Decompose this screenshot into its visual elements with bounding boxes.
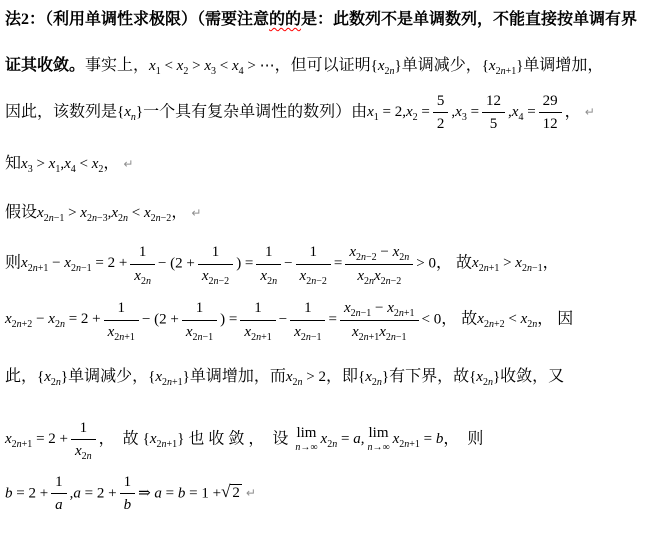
math-run: {xn}: [117, 104, 143, 120]
fraction: x2n−2 − x2nx2nx2n−2: [345, 243, 413, 285]
math-variable: x: [365, 369, 372, 385]
math-operator: →∞: [300, 442, 317, 453]
math-variable: x: [232, 58, 239, 74]
text-run: 单调减少，: [68, 368, 148, 385]
math-operator: −: [32, 311, 48, 327]
fraction: 1x2n−2: [296, 243, 331, 285]
math-operator: > 2: [303, 369, 326, 385]
math-operator: <: [128, 205, 144, 221]
math-variable: x: [349, 244, 356, 260]
math-subscript: 2n: [364, 276, 374, 287]
fraction: x2n−1 − x2n+1x2n+1x2n−1: [340, 299, 419, 341]
text-run: 则: [5, 254, 21, 271]
math-run: ⇒ a = b = 1 +: [138, 485, 221, 501]
math-subscript: 2n+1: [394, 308, 415, 319]
fraction-denominator: x2n: [71, 440, 96, 461]
text-run: 单调增加，而: [190, 368, 286, 385]
math-operator: 29: [543, 93, 558, 109]
math-operator: 1: [265, 244, 273, 260]
text-line-3: 因此，该数列是{xn}一个具有复杂单调性的数列）由x1 = 2,x2 =52,x…: [5, 92, 668, 134]
text-run: 此，: [5, 368, 37, 385]
fraction: 1a: [51, 473, 67, 515]
fraction-denominator: b: [120, 494, 136, 515]
math-operator: +1: [124, 332, 135, 343]
math-subscript: 2n: [82, 451, 92, 462]
fraction-denominator: x2n−2: [198, 265, 233, 286]
math-operator: =: [328, 311, 336, 327]
math-operator: 1: [55, 474, 63, 490]
math-operator: −2: [219, 276, 230, 287]
math-operator: <: [76, 156, 92, 172]
math-subscript: 2n−3: [87, 213, 108, 224]
fraction-numerator: 12: [482, 92, 505, 114]
math-variable: a: [55, 497, 63, 513]
math-operator: < 0: [422, 311, 442, 327]
math-operator: −2: [161, 213, 172, 224]
math-operator: − (2 +: [158, 255, 195, 271]
math-operator: 12: [486, 93, 501, 109]
math-operator: = 2,: [379, 104, 406, 120]
text-run: ，: [565, 103, 581, 120]
text-run-bold: 是：此数列不是单调数列，不能直接按单调有界: [301, 11, 637, 28]
text-run: 因此，该数列是: [5, 103, 117, 120]
math-run: x2n+1 = b: [393, 431, 444, 447]
math-variable: x: [476, 369, 483, 385]
math-variable: n: [87, 451, 92, 462]
fraction-denominator: 5: [482, 113, 505, 134]
text-run: 事实上，: [85, 57, 149, 74]
math-operator: <: [216, 58, 232, 74]
fraction-numerator: 1: [104, 299, 139, 321]
math-run: {x2n+1}: [148, 369, 190, 385]
limit-under-script: n→∞: [295, 443, 317, 453]
math-variable: x: [80, 205, 87, 221]
text-run: ，但可以证明: [275, 57, 371, 74]
math-operator: −2: [366, 252, 377, 263]
math-variable: x: [75, 443, 82, 459]
math-operator: >: [64, 205, 80, 221]
math-operator: +1: [172, 377, 183, 388]
fraction: 1x2n: [256, 243, 281, 285]
math-operator: }: [382, 369, 389, 385]
math-operator: +1: [506, 66, 517, 77]
math-variable: x: [44, 369, 51, 385]
math-operator: = 2 +: [32, 431, 68, 447]
fraction-numerator: 1: [240, 299, 275, 321]
math-subscript: 2n−1: [193, 332, 214, 343]
math-operator: →∞: [372, 442, 389, 453]
math-variable: x: [286, 369, 293, 385]
math-subscript: 2n−1: [522, 263, 543, 274]
fraction: 1x2n+1: [240, 299, 275, 341]
fraction-denominator: x2n+1: [240, 321, 275, 342]
text-run: 单调增加，: [523, 57, 603, 74]
text-run-bold: 法2：（利用单调性求极限）（需要注意: [5, 11, 269, 28]
math-operator: }: [61, 369, 68, 385]
math-variable: b: [5, 485, 13, 501]
text-run: 有下界，故: [389, 368, 469, 385]
math-variable: x: [387, 300, 394, 316]
math-operator: 1: [196, 300, 204, 316]
text-line-1: 法2：（利用单调性求极限）（需要注意的的是：此数列不是单调数列，不能直接按单调有…: [5, 8, 668, 32]
math-variable: x: [379, 324, 386, 340]
math-subscript: 2n: [293, 377, 303, 388]
math-subscript: 2n: [527, 319, 537, 330]
math-variable: x: [21, 156, 28, 172]
math-variable: x: [5, 431, 12, 447]
fraction-numerator: 1: [51, 473, 67, 495]
math-subscript: 2n+1: [114, 332, 135, 343]
fraction-denominator: 12: [539, 113, 562, 134]
fraction-denominator: x2n: [130, 265, 155, 286]
text-run: ，即: [326, 368, 358, 385]
math-operator: =: [467, 104, 479, 120]
text-run: ，: [103, 155, 119, 172]
math-operator: = 2 +: [65, 311, 101, 327]
math-operator: <: [505, 311, 521, 327]
fraction: 1x2n−2: [198, 243, 233, 285]
math-operator: −: [371, 300, 387, 316]
fraction-denominator: 2: [433, 113, 449, 134]
text-run: 假设: [5, 204, 37, 221]
fraction: 1x2n−1: [290, 299, 325, 341]
fraction-denominator: x2nx2n−2: [345, 265, 413, 286]
spellcheck-flagged-text: 的的: [269, 11, 301, 28]
math-run: − (2 +: [142, 311, 179, 327]
math-operator: −2: [391, 276, 402, 287]
math-subscript: 2n: [483, 377, 493, 388]
math-subscript: 2n+1: [28, 263, 49, 274]
math-operator: }: [394, 58, 401, 74]
math-operator: >: [499, 255, 515, 271]
math-run: {x2n}: [469, 369, 500, 385]
math-operator: 1: [304, 300, 312, 316]
math-run: −: [284, 255, 292, 271]
math-run: x1 = 2,x2 =: [367, 104, 430, 120]
math-subscript: 2n+1: [399, 439, 420, 450]
math-run: x2n+1 > x2n−1: [472, 255, 543, 271]
math-variable: x: [294, 324, 301, 340]
math-operator: ) =: [220, 311, 237, 327]
math-operator: −1: [81, 263, 92, 274]
math-subscript: 2n−1: [44, 213, 65, 224]
math-subscript: 2n: [372, 377, 382, 388]
math-run: x2n > 2: [286, 369, 326, 385]
math-operator: 2: [232, 485, 240, 501]
math-variable: x: [374, 268, 381, 284]
math-variable: a: [154, 485, 162, 501]
math-variable: a: [353, 431, 361, 447]
fraction-denominator: x2n−1: [182, 321, 217, 342]
math-operator: 2: [437, 116, 445, 132]
math-operator: ,: [361, 431, 365, 447]
text-run: ， 故: [441, 310, 477, 327]
math-subscript: 2n−1: [351, 308, 372, 319]
math-operator: −2: [316, 276, 327, 287]
math-run: {x2n}: [37, 369, 68, 385]
math-run: ,a = 2 +: [70, 485, 117, 501]
fraction-numerator: 1: [71, 419, 96, 441]
math-operator: +1: [38, 263, 49, 274]
math-variable: x: [202, 268, 209, 284]
math-operator: 1: [118, 300, 126, 316]
limit-under-script: n→∞: [367, 443, 389, 453]
math-operator: }: [183, 369, 190, 385]
math-subscript: 2n+2: [484, 319, 505, 330]
math-operator: 1: [254, 300, 262, 316]
math-operator: −: [284, 255, 292, 271]
math-variable: x: [204, 58, 211, 74]
math-operator: −3: [97, 213, 108, 224]
limit-word: lim: [295, 426, 317, 441]
text-line-7: x2n+2 − x2n = 2 +1x2n+1− (2 +1x2n−1) =1x…: [5, 299, 668, 341]
text-run-bold: 证其收敛。: [5, 57, 85, 74]
math-operator: 5: [490, 116, 498, 132]
math-operator: 1: [309, 244, 317, 260]
fraction-denominator: x2n: [256, 265, 281, 286]
math-subscript: 2n+1: [479, 263, 500, 274]
text-line-10: b = 2 +1a,a = 2 +1b⇒ a = b = 1 +√2↵: [5, 473, 668, 515]
math-variable: x: [455, 104, 462, 120]
math-operator: =: [523, 104, 535, 120]
text-run: ， 因: [537, 310, 573, 327]
math-run: < 0: [422, 311, 442, 327]
fraction-numerator: 1: [296, 243, 331, 265]
paragraph-mark-icon: ↵: [123, 157, 133, 171]
math-operator: = 1 +: [185, 485, 221, 501]
fraction: 2912: [539, 92, 562, 134]
math-operator: =: [334, 255, 342, 271]
limit-operator: limn→∞: [295, 426, 317, 453]
math-variable: x: [5, 311, 12, 327]
math-subscript: 2n: [327, 439, 337, 450]
math-run: x2n+1 = 2 +: [5, 431, 68, 447]
math-operator: +1: [409, 439, 420, 450]
math-run: x3 > x1,x4 < x2: [21, 156, 103, 172]
math-operator: 1: [80, 420, 88, 436]
math-operator: +2: [494, 319, 505, 330]
fraction-denominator: x2n−1: [290, 321, 325, 342]
text-run: ，: [543, 254, 559, 271]
math-run: {x2n}: [371, 58, 402, 74]
math-subscript: 2n: [141, 276, 151, 287]
math-variable: x: [21, 255, 28, 271]
math-operator: −1: [361, 308, 372, 319]
text-run: ， 故: [99, 430, 143, 447]
math-operator: >: [33, 156, 49, 172]
square-root: √2: [221, 485, 242, 501]
math-operator: −: [377, 244, 393, 260]
math-run: {x2n+1}: [143, 431, 185, 447]
fraction: 1x2n: [130, 243, 155, 285]
math-operator: {: [143, 431, 150, 447]
math-run: {x2n+1}: [482, 58, 524, 74]
math-subscript: 2n+1: [157, 439, 178, 450]
math-variable: x: [352, 324, 359, 340]
math-run: x1 < x2 > x3 < x4 > ⋯: [149, 58, 275, 74]
math-variable: x: [150, 431, 157, 447]
radicand: 2: [230, 484, 242, 501]
math-operator: 1: [124, 474, 132, 490]
math-operator: 1: [139, 244, 147, 260]
math-run: b = 2 +: [5, 485, 48, 501]
math-subscript: 2n: [384, 66, 394, 77]
math-variable: b: [124, 497, 132, 513]
math-subscript: 2n: [51, 377, 61, 388]
math-run: − (2 +: [158, 255, 195, 271]
fraction-numerator: 1: [256, 243, 281, 265]
math-operator: =: [418, 104, 430, 120]
math-operator: ) =: [236, 255, 253, 271]
fraction: 1b: [120, 473, 136, 515]
math-variable: x: [344, 300, 351, 316]
paragraph-mark-icon: ↵: [191, 206, 201, 220]
fraction-numerator: 1: [290, 299, 325, 321]
math-variable: n: [146, 276, 151, 287]
math-run: ,x3 =: [451, 104, 479, 120]
math-operator: +2: [22, 319, 33, 330]
math-variable: n: [272, 276, 277, 287]
text-run: 单调减少，: [402, 57, 482, 74]
math-operator: −1: [203, 332, 214, 343]
math-variable: x: [64, 156, 71, 172]
math-subscript: 2n−2: [356, 252, 377, 263]
math-operator: >: [188, 58, 204, 74]
math-subscript: 2n+1: [496, 66, 517, 77]
math-operator: −1: [54, 213, 65, 224]
text-line-9: x2n+1 = 2 +1x2n， 故 {x2n+1} 也 收 敛 ， 设 lim…: [5, 419, 668, 461]
text-run: 知: [5, 155, 21, 172]
math-operator: =: [337, 431, 353, 447]
math-run: {x2n}: [358, 369, 389, 385]
math-operator: > 0: [416, 255, 436, 271]
math-variable: x: [186, 324, 193, 340]
math-operator: {: [371, 58, 378, 74]
math-variable: x: [477, 311, 484, 327]
math-operator: =: [420, 431, 436, 447]
math-subscript: 2n+1: [12, 439, 33, 450]
math-operator: +1: [22, 439, 33, 450]
math-run: ) =: [236, 255, 253, 271]
math-operator: −1: [532, 263, 543, 274]
math-operator: +1: [489, 263, 500, 274]
math-subscript: 2n+1: [162, 377, 183, 388]
math-operator: +1: [261, 332, 272, 343]
fraction: 52: [433, 92, 449, 134]
math-variable: x: [472, 255, 479, 271]
math-variable: x: [144, 205, 151, 221]
math-variable: n: [404, 252, 409, 263]
fraction-numerator: x2n−2 − x2n: [345, 243, 413, 265]
fraction-numerator: 5: [433, 92, 449, 114]
fraction-numerator: 1: [198, 243, 233, 265]
fraction-numerator: x2n−1 − x2n+1: [340, 299, 419, 321]
fraction-numerator: 1: [120, 473, 136, 495]
math-subscript: 2n−2: [381, 276, 402, 287]
math-run: x2n = a,: [321, 431, 365, 447]
math-variable: a: [73, 485, 81, 501]
paragraph-mark-icon: ↵: [585, 105, 595, 119]
math-operator: 12: [543, 116, 558, 132]
fraction: 1x2n+1: [104, 299, 139, 341]
math-run: x2n+1 − x2n−1 = 2 +: [21, 255, 127, 271]
radical-icon: √: [221, 482, 230, 501]
math-variable: x: [48, 311, 55, 327]
math-variable: x: [357, 268, 364, 284]
math-subscript: 2n−1: [386, 332, 407, 343]
math-run: x2n+2 < x2n: [477, 311, 537, 327]
limit-word: lim: [367, 426, 389, 441]
math-operator: = 2 +: [81, 485, 117, 501]
math-subscript: 2n+2: [12, 319, 33, 330]
math-operator: =: [162, 485, 178, 501]
math-run: x2n−1 > x2n−3,x2n < x2n−2: [37, 205, 171, 221]
math-subscript: 2n−2: [209, 276, 230, 287]
fraction: 1x2n: [71, 419, 96, 461]
math-variable: x: [515, 255, 522, 271]
math-operator: +1: [404, 308, 415, 319]
math-operator: = 2 +: [92, 255, 128, 271]
math-operator: +1: [369, 332, 380, 343]
math-subscript: 2n+1: [359, 332, 380, 343]
math-operator: > ⋯: [244, 58, 275, 74]
fraction-denominator: a: [51, 494, 67, 515]
math-subscript: 2n−2: [151, 213, 172, 224]
text-line-6: 则x2n+1 − x2n−1 = 2 +1x2n− (2 +1x2n−2) =1…: [5, 243, 668, 285]
math-operator: −1: [396, 332, 407, 343]
math-operator: −: [279, 311, 287, 327]
fraction-numerator: 1: [130, 243, 155, 265]
math-operator: 5: [437, 93, 445, 109]
math-run: =: [328, 311, 336, 327]
math-run: > 0: [416, 255, 436, 271]
paragraph-mark-icon: ↵: [246, 486, 256, 500]
fraction-numerator: 1: [182, 299, 217, 321]
text-line-2: 证其收敛。事实上，x1 < x2 > x3 < x4 > ⋯，但可以证明{x2n…: [5, 54, 668, 78]
text-run: 一个具有复杂单调性的数列）由: [143, 103, 367, 120]
math-run: x2n+2 − x2n = 2 +: [5, 311, 101, 327]
math-subscript: 2n−1: [301, 332, 322, 343]
math-run: =: [334, 255, 342, 271]
math-subscript: 2n: [55, 319, 65, 330]
math-variable: x: [406, 104, 413, 120]
math-variable: x: [64, 255, 71, 271]
math-variable: x: [134, 268, 141, 284]
fraction-numerator: 29: [539, 92, 562, 114]
text-run: 也 收 敛 ， 设: [184, 430, 292, 447]
math-subscript: 2n−2: [306, 276, 327, 287]
math-variable: x: [489, 58, 496, 74]
text-line-8: 此，{x2n}单调减少，{x2n+1}单调增加，而x2n > 2，即{x2n}有…: [5, 365, 668, 389]
text-run: 收敛，又: [500, 368, 564, 385]
math-variable: x: [37, 205, 44, 221]
text-run: ，: [171, 204, 187, 221]
math-subscript: 2n: [267, 276, 277, 287]
fraction-denominator: x2n−2: [296, 265, 331, 286]
fraction-denominator: x2n+1: [104, 321, 139, 342]
math-subscript: 2n+1: [251, 332, 272, 343]
math-operator: {: [482, 58, 489, 74]
math-operator: −1: [311, 332, 322, 343]
math-operator: 1: [212, 244, 220, 260]
math-run: −: [279, 311, 287, 327]
fraction-denominator: x2n+1x2n−1: [340, 321, 419, 342]
math-operator: − (2 +: [142, 311, 179, 327]
math-operator: }: [136, 104, 143, 120]
math-variable: x: [155, 369, 162, 385]
fraction: 125: [482, 92, 505, 134]
math-variable: x: [367, 104, 374, 120]
